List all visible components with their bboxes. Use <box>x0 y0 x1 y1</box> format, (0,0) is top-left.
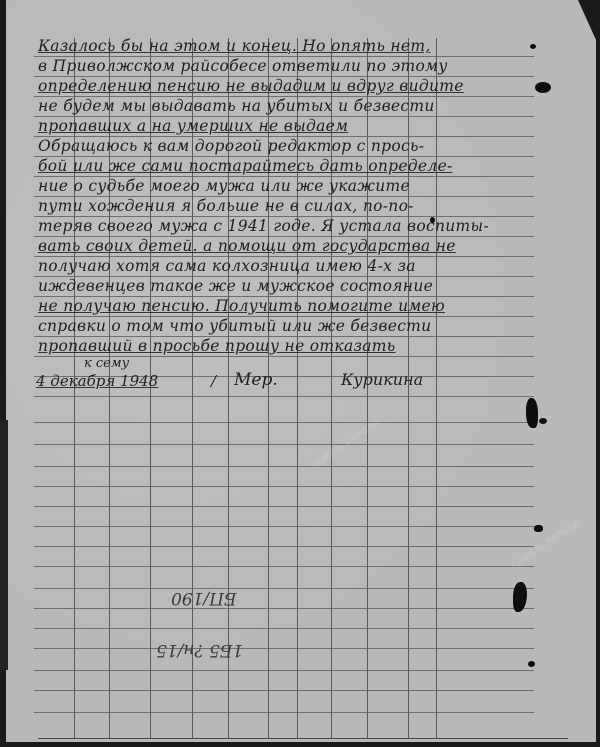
text-line: пропавший в просьбе прошу не отказать <box>38 336 396 356</box>
ink-blot <box>528 661 535 667</box>
bottom-rule <box>38 738 568 739</box>
text-line: теряв своего мужа с 1941 годе. Я устала … <box>38 216 489 236</box>
text-line: пропавших а на умерших не выдаем <box>38 116 348 136</box>
watermark: ПАМЯТЬ НАРОДА <box>310 418 381 472</box>
closing-date: 4 декабря 1948 <box>36 372 158 390</box>
text-line: не получаю пенсию. Получить помогите име… <box>38 296 445 316</box>
closing-separator: / <box>211 372 216 390</box>
text-line: справки о том что убитый или же безвести <box>38 316 431 336</box>
ink-blot <box>430 217 435 223</box>
text-line: Обращаюсь к вам дорогой редактор с прось… <box>38 136 424 156</box>
text-line: ние о судьбе моего мужа или же укажите <box>38 176 410 196</box>
text-line: вать своих детей. а помощи от государств… <box>38 236 456 256</box>
closing-abbreviation: Мер. <box>234 370 278 390</box>
ink-blot <box>526 398 538 428</box>
annotation-line-2: 1Б5 ?н/15 <box>156 640 243 660</box>
ink-blot <box>534 525 543 532</box>
annotation-line-1: БП/190 <box>171 588 237 608</box>
text-line: в Приволжском райсобесе ответили по этом… <box>38 56 448 76</box>
text-line: не будем мы выдавать на убитых и безвест… <box>38 96 435 116</box>
text-line: получаю хотя сама колхозница имею 4-х за <box>38 256 416 276</box>
document-page: Казалось бы на этом и конец. Но опять не… <box>6 0 596 742</box>
text-line: определению пенсию не выдадим и вдруг ви… <box>38 76 464 96</box>
text-line: бой или же сами постарайтесь дать опреде… <box>38 156 453 176</box>
ink-blot <box>535 82 551 93</box>
closing-addressed: к сему <box>84 356 129 371</box>
text-line: Казалось бы на этом и конец. Но опять не… <box>38 36 431 56</box>
signature: Курикина <box>341 370 423 389</box>
text-line: иждевенцев такое же и мужское состояние <box>38 276 433 296</box>
scan-edge-shadow <box>0 420 8 670</box>
ink-blot <box>539 418 547 424</box>
text-line: пути хождения я больше не в силах, по-по… <box>38 196 414 216</box>
page-corner-fold <box>578 0 596 40</box>
ink-blot <box>530 44 536 49</box>
